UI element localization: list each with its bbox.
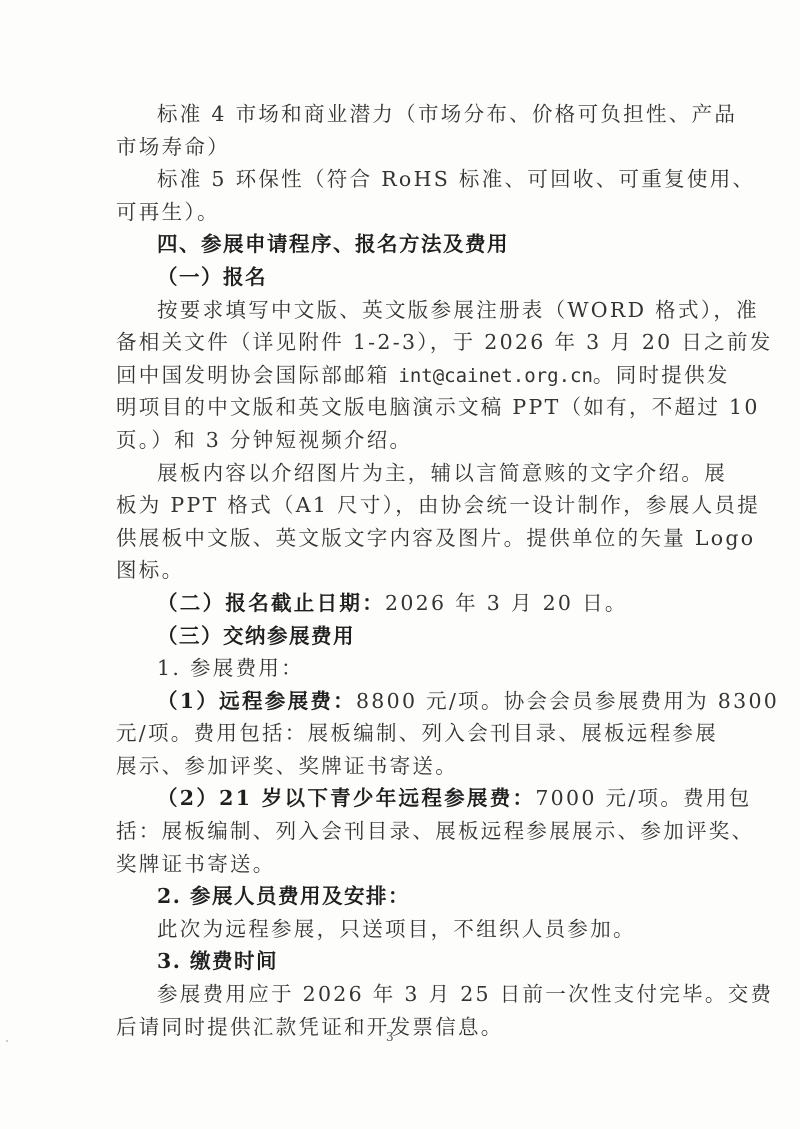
display-board-para-line4: 图标。 (116, 554, 684, 587)
criterion-5-line1: 标准 5 环保性（符合 RoHS 标准、可回收、可重复使用、 (116, 163, 684, 196)
youth-fee-line1: （2）21 岁以下青少年远程参展费：7000 元/项。费用包 (116, 782, 684, 815)
remote-fee-value: 8800 元/项。协会会员参展费用为 8300 (356, 689, 779, 713)
criterion-5-line2: 可再生）。 (116, 196, 684, 229)
registration-para-line4: 明项目的中文版和英文版电脑演示文稿 PPT（如有，不超过 10 (116, 391, 684, 424)
registration-para-line3: 回中国发明协会国际部邮箱 int@cainet.org.cn。同时提供发 (116, 359, 684, 392)
youth-fee-value: 7000 元/项。费用包 (535, 786, 751, 810)
subsection-fees-heading: （三）交纳参展费用 (116, 620, 684, 653)
remote-fee-line2: 元/项。费用包括：展板编制、列入会刊目录、展板远程参展 (116, 717, 684, 750)
display-board-para-line1: 展板内容以介绍图片为主，辅以言简意赅的文字介绍。展 (116, 457, 684, 490)
registration-para-text-before: 回中国发明协会国际部邮箱 (116, 363, 398, 387)
scan-speck (6, 1040, 8, 1042)
display-board-para-line3: 供展板中文版、英文版文字内容及图片。提供单位的矢量 Logo (116, 522, 684, 555)
deadline-line: （二）报名截止日期：2026 年 3 月 20 日。 (116, 587, 684, 620)
registration-para-text-after: 。同时提供发 (593, 363, 730, 387)
remote-fee-line3: 展示、参加评奖、奖牌证书寄送。 (116, 750, 684, 783)
document-page: 标准 4 市场和商业潜力（市场分布、价格可负担性、产品 市场寿命） 标准 5 环… (0, 0, 800, 1129)
email-link[interactable]: int@cainet.org.cn (398, 365, 592, 387)
deadline-value: 2026 年 3 月 20 日。 (385, 591, 628, 615)
document-body: 标准 4 市场和商业潜力（市场分布、价格可负担性、产品 市场寿命） 标准 5 环… (116, 98, 684, 1043)
payment-para-line2: 后请同时提供汇款凭证和开发票信息。 (116, 1011, 684, 1044)
display-board-para-line2: 板为 PPT 格式（A1 尺寸），由协会统一设计制作，参展人员提 (116, 489, 684, 522)
deadline-label: （二）报名截止日期： (157, 591, 385, 615)
youth-fee-line2: 括：展板编制、列入会刊目录、展板远程参展展示、参加评奖、 (116, 815, 684, 848)
fees-item-2-heading: 2. 参展人员费用及安排： (116, 880, 684, 913)
fees-item-1-heading: 1. 参展费用： (116, 652, 684, 685)
youth-fee-line3: 奖牌证书寄送。 (116, 848, 684, 881)
youth-fee-label: （2）21 岁以下青少年远程参展费： (157, 786, 535, 810)
registration-para-line5: 页。）和 3 分钟短视频介绍。 (116, 424, 684, 457)
section-4-heading: 四、参展申请程序、报名方法及费用 (116, 228, 684, 261)
fees-item-3-heading: 3. 缴费时间 (116, 945, 684, 978)
subsection-registration-heading: （一）报名 (116, 261, 684, 294)
remote-fee-label: （1）远程参展费： (157, 689, 356, 713)
criterion-4-line2: 市场寿命） (116, 131, 684, 164)
personnel-para: 此次为远程参展，只送项目，不组织人员参加。 (116, 913, 684, 946)
payment-para-line1: 参展费用应于 2026 年 3 月 25 日前一次性支付完毕。交费 (116, 978, 684, 1011)
remote-fee-line1: （1）远程参展费：8800 元/项。协会会员参展费用为 8300 (116, 685, 684, 718)
criterion-4-line1: 标准 4 市场和商业潜力（市场分布、价格可负担性、产品 (116, 98, 684, 131)
page-number: 3 (386, 1030, 394, 1044)
registration-para-line1: 按要求填写中文版、英文版参展注册表（WORD 格式），准 (116, 294, 684, 327)
registration-para-line2: 备相关文件（详见附件 1-2-3），于 2026 年 3 月 20 日之前发 (116, 326, 684, 359)
